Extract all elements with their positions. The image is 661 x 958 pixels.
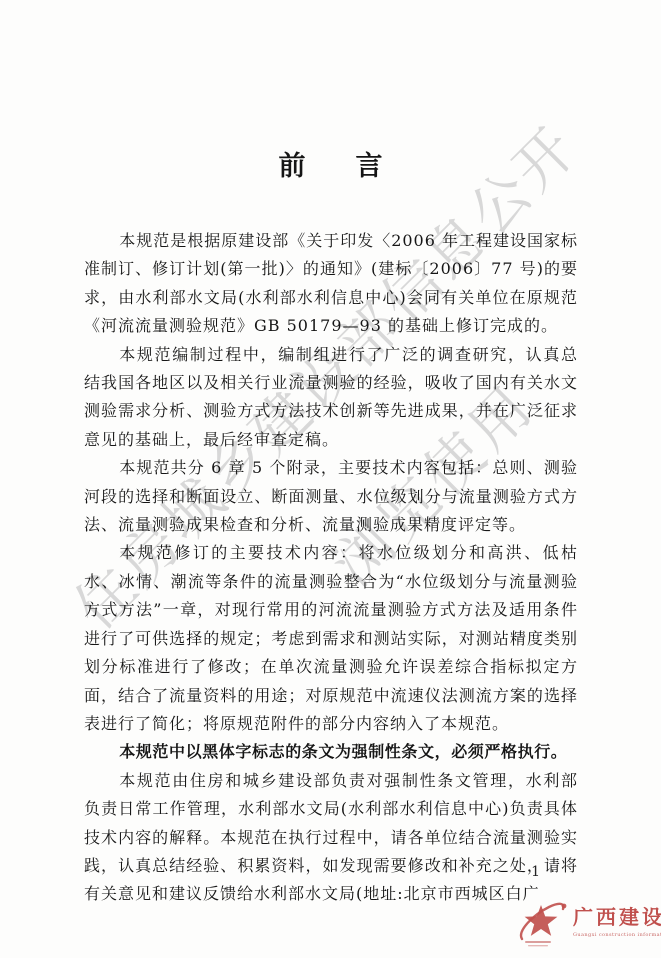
paragraph-4: 本规范修订的主要技术内容：将水位级划分和高洪、低枯水、冰情、潮流等条件的流量测验… [84,539,578,738]
logo-tagline: Guangxi construction information network [573,932,661,938]
document-page: 住房城乡建设部信息公开 浏览使用 前 言 本规范是根据原建设部《关于印发〈200… [0,0,661,958]
page-number: · 1 · [516,864,558,880]
paragraph-3: 本规范共分 6 章 5 个附录，主要技术内容包括：总则、测验河段的选择和断面设立… [84,454,578,539]
paragraph-1: 本规范是根据原建设部《关于印发〈2006 年工程建设国家标准制订、修订计划(第一… [84,227,578,341]
star-swoosh-icon [519,897,567,949]
logo-text-block: 广西建设网 Guangxi construction information n… [573,905,661,938]
paragraph-2: 本规范编制过程中，编制组进行了广泛的调查研究，认真总结我国各地区以及相关行业流量… [84,341,578,455]
title-char-2: 言 [356,144,383,183]
gxcic-logo-stamp: 广西建设网 Guangxi construction information n… [519,897,661,949]
preface-body: 本规范是根据原建设部《关于印发〈2006 年工程建设国家标准制订、修订计划(第一… [84,227,578,909]
page-title: 前 言 [0,144,661,183]
title-char-1: 前 [279,144,306,183]
paragraph-6: 本规范由住房和城乡建设部负责对强制性条文管理，水利部负责日常工作管理，水利部水文… [84,767,578,909]
logo-name: 广西建设网 [573,905,661,929]
paragraph-5-mandatory-clause: 本规范中以黑体字标志的条文为强制性条文，必须严格执行。 [84,738,578,766]
